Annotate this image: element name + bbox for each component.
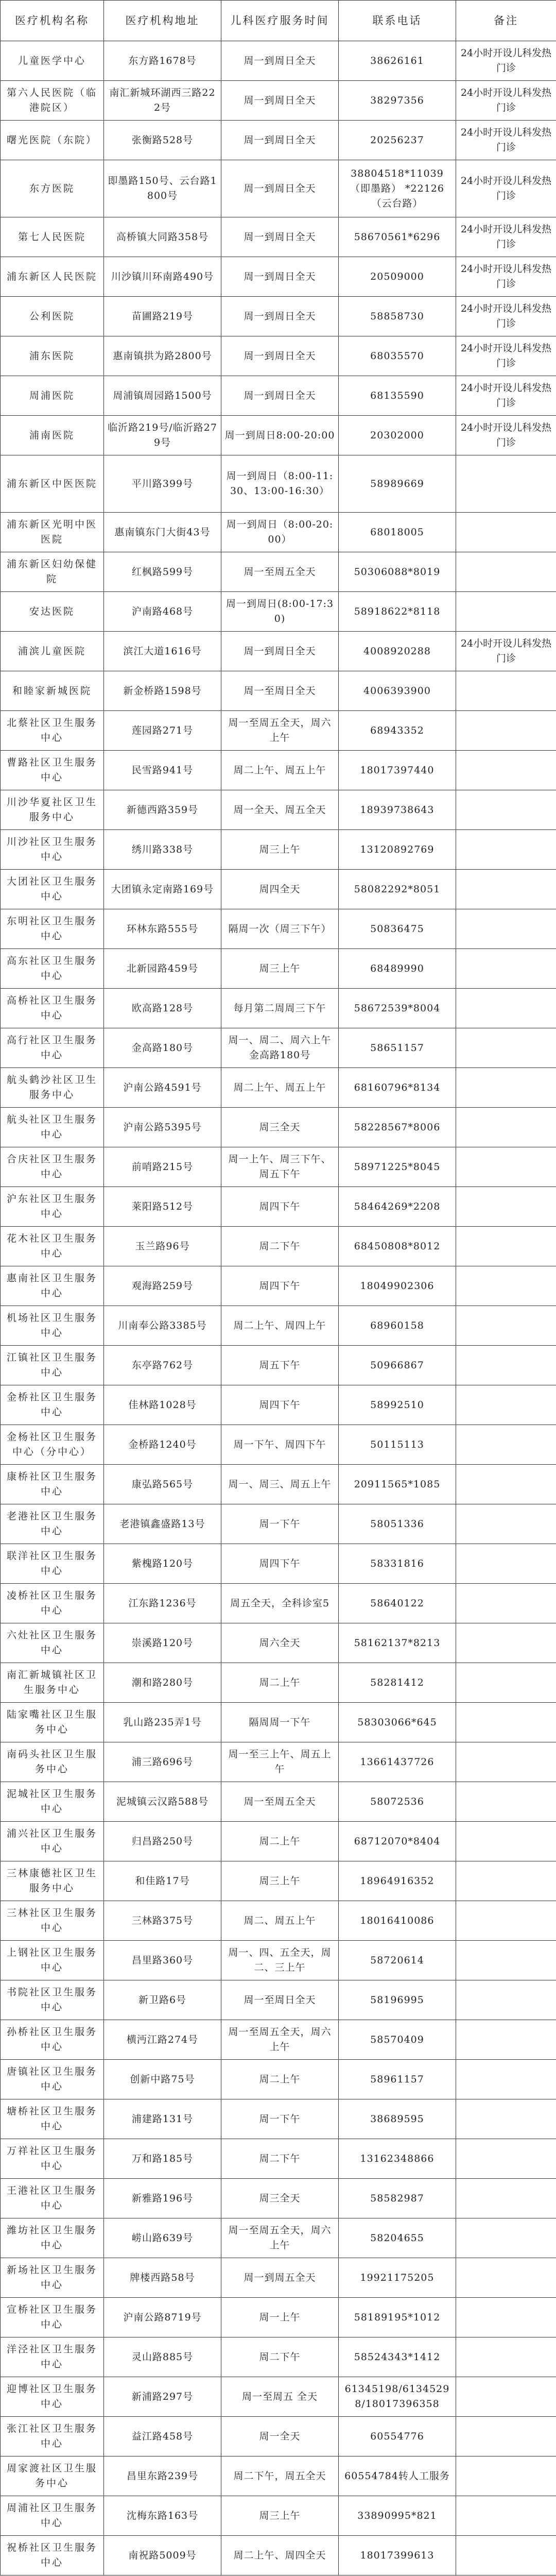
header-institution-name: 医疗机构名称	[1, 1, 104, 41]
service-hours: 周一至周五全天，周六上午	[221, 2218, 339, 2258]
contact-phone: 38689595	[339, 2099, 456, 2139]
service-hours: 隔周一次（周三下午）	[221, 909, 339, 949]
institution-name: 周浦社区卫生服务中心	[1, 2496, 104, 2536]
institution-address: 东方路1678号	[104, 41, 221, 81]
remarks	[456, 2060, 556, 2099]
service-hours: 周一到周日全天	[221, 217, 339, 257]
service-hours: 周二上午、周五上午	[221, 751, 339, 790]
remarks	[456, 2099, 556, 2139]
table-row: 第七人民医院 高桥镇大同路358号 周一到周日全天 58670561*6296 …	[1, 217, 556, 257]
service-hours: 周一至周五全天	[221, 552, 339, 592]
remarks	[456, 1941, 556, 1980]
service-hours: 周二上午	[221, 1663, 339, 1703]
service-hours: 每月第二周周三下午	[221, 989, 339, 1028]
remarks	[456, 870, 556, 909]
service-hours: 周一全天	[221, 2417, 339, 2456]
remarks	[456, 1147, 556, 1187]
header-phone: 联系电话	[339, 1, 456, 41]
service-hours: 周一到周日全天	[221, 160, 339, 217]
service-hours: 隔周周一下午	[221, 1703, 339, 1742]
service-hours: 周一至周五全天，周六上午	[221, 2020, 339, 2060]
service-hours: 周四下午	[221, 1266, 339, 1306]
institution-name: 儿童医学中心	[1, 41, 104, 81]
service-hours: 周一下午	[221, 2099, 339, 2139]
institution-address: 崇溪路120号	[104, 1623, 221, 1663]
service-hours: 周二下午	[221, 2139, 339, 2179]
remarks	[456, 1782, 556, 1822]
service-hours: 周一至周日全天	[221, 1980, 339, 2020]
remarks	[456, 711, 556, 751]
institution-address: 前哨路215号	[104, 1147, 221, 1187]
service-hours: 周一上午、周三下午、周五下午	[221, 1147, 339, 1187]
table-row: 大团社区卫生服务中心 大团镇永定南路169号 周四全天 58082292*805…	[1, 870, 556, 909]
institution-name: 川沙社区卫生服务中心	[1, 830, 104, 870]
institution-address: 即墨路150号、云台路1800号	[104, 160, 221, 217]
table-row: 王港社区卫生服务中心 新雅路196号 周三全天 58582987	[1, 2179, 556, 2218]
institution-name: 陆家嘴社区卫生服务中心	[1, 1703, 104, 1742]
table-row: 浦滨儿童医院 滨江大道1616号 周一到周日全天 4008920288 24小时…	[1, 632, 556, 671]
institution-name: 合庆社区卫生服务中心	[1, 1147, 104, 1187]
institution-address: 惠南镇东门大街43号	[104, 513, 221, 552]
service-hours: 周二上午、周四上午	[221, 1306, 339, 1346]
remarks	[456, 1822, 556, 1861]
table-row: 和睦家新城医院 新金桥路1598号 周一至周日全天 4006393900	[1, 671, 556, 711]
service-hours: 周三上午	[221, 949, 339, 989]
contact-phone: 58072536	[339, 1782, 456, 1822]
institution-address: 南祝路5009号	[104, 2536, 221, 2575]
institution-name: 航头社区卫生服务中心	[1, 1108, 104, 1147]
contact-phone: 68035570	[339, 336, 456, 376]
contact-phone: 58720614	[339, 1941, 456, 1980]
institution-address: 益江路458号	[104, 2417, 221, 2456]
service-hours: 周二、周五上午	[221, 1901, 339, 1941]
table-row: 陆家嘴社区卫生服务中心 乳山路235弄1号 隔周周一下午 58303066*64…	[1, 1703, 556, 1742]
institution-name: 南汇新城镇社区卫生服务中心	[1, 1663, 104, 1703]
table-row: 浦东医院 惠南镇拱为路2800号 周一到周日全天 68035570 24小时开设…	[1, 336, 556, 376]
institution-address: 周浦镇周园路1500号	[104, 376, 221, 416]
remarks	[456, 1425, 556, 1465]
contact-phone: 13162348866	[339, 2139, 456, 2179]
institution-address: 北新园路459号	[104, 949, 221, 989]
remarks	[456, 1266, 556, 1306]
table-row: 联洋社区卫生服务中心 紫槐路120号 周四下午 58331816	[1, 1544, 556, 1584]
remarks	[456, 1703, 556, 1742]
service-hours: 周六全天	[221, 1623, 339, 1663]
institution-name: 洋泾社区卫生服务中心	[1, 2337, 104, 2377]
remarks: 24小时开设儿科发热门诊	[456, 81, 556, 121]
institution-address: 新德西路359号	[104, 790, 221, 830]
remarks	[456, 592, 556, 632]
institution-address: 张衡路528号	[104, 121, 221, 160]
table-row: 曙光医院（东院） 张衡路528号 周一到周日全天 20256237 24小时开设…	[1, 121, 556, 160]
table-row: 浦东新区妇幼保健院 红枫路599号 周一至周五全天 50306088*8019	[1, 552, 556, 592]
contact-phone: 18017399613	[339, 2536, 456, 2575]
table-row: 机场社区卫生服务中心 川南奉公路3385号 周二上午、周四上午 68960158	[1, 1306, 556, 1346]
table-row: 安达医院 沪南路468号 周一到周日(8:00-17:30) 58918622*…	[1, 592, 556, 632]
institution-address: 临沂路219号/临沂路279号	[104, 416, 221, 455]
service-hours: 周一至周日全天	[221, 671, 339, 711]
remarks	[456, 2496, 556, 2536]
remarks: 24小时开设儿科发热门诊	[456, 376, 556, 416]
remarks	[456, 2337, 556, 2377]
table-row: 周浦社区卫生服务中心 沈梅东路163号 周三上午 33890995*821	[1, 2496, 556, 2536]
institution-name: 公利医院	[1, 297, 104, 336]
institution-name: 安达医院	[1, 592, 104, 632]
remarks	[456, 1584, 556, 1623]
table-row: 高东社区卫生服务中心 北新园路459号 周三上午 68489990	[1, 949, 556, 989]
contact-phone: 50966867	[339, 1346, 456, 1385]
contact-phone: 60554784转人工服务	[339, 2456, 456, 2496]
institution-name: 北蔡社区卫生服务中心	[1, 711, 104, 751]
contact-phone: 18017397440	[339, 751, 456, 790]
contact-phone: 13120892769	[339, 830, 456, 870]
institution-address: 崂山路639号	[104, 2218, 221, 2258]
contact-phone: 33890995*821	[339, 2496, 456, 2536]
remarks: 24小时开设儿科发热门诊	[456, 160, 556, 217]
institution-name: 浦滨儿童医院	[1, 632, 104, 671]
service-hours: 周二上午	[221, 1822, 339, 1861]
institution-address: 环林东路555号	[104, 909, 221, 949]
service-hours: 周一到周日全天	[221, 376, 339, 416]
service-hours: 周一上午	[221, 2298, 339, 2337]
contact-phone: 50306088*8019	[339, 552, 456, 592]
institution-address: 莲园路271号	[104, 711, 221, 751]
contact-phone: 58331816	[339, 1544, 456, 1584]
table-row: 周浦医院 周浦镇周园路1500号 周一到周日全天 68135590 24小时开设…	[1, 376, 556, 416]
contact-phone: 38626161	[339, 41, 456, 81]
institution-name: 康桥社区卫生服务中心	[1, 1465, 104, 1504]
institution-address: 观海路259号	[104, 1266, 221, 1306]
remarks	[456, 1504, 556, 1544]
remarks	[456, 1623, 556, 1663]
institution-name: 浦东新区人民医院	[1, 257, 104, 297]
service-hours: 周一到周日(8:00-17:30)	[221, 592, 339, 632]
remarks	[456, 552, 556, 592]
contact-phone: 58570409	[339, 2020, 456, 2060]
institution-address: 昌里路360号	[104, 1941, 221, 1980]
table-row: 上钢社区卫生服务中心 昌里路360号 周一、四、五全天，周二、三上午 58720…	[1, 1941, 556, 1980]
remarks	[456, 1544, 556, 1584]
institution-name: 金桥社区卫生服务中心	[1, 1385, 104, 1425]
institution-address: 沈梅东路163号	[104, 2496, 221, 2536]
table-row: 宣桥社区卫生服务中心 沪南公路8719号 周一上午 58189195*1012	[1, 2298, 556, 2337]
institution-name: 江镇社区卫生服务中心	[1, 1346, 104, 1385]
institution-name: 上钢社区卫生服务中心	[1, 1941, 104, 1980]
contact-phone: 58858730	[339, 297, 456, 336]
table-row: 潍坊社区卫生服务中心 崂山路639号 周一至周五全天，周六上午 58204655	[1, 2218, 556, 2258]
contact-phone: 68018005	[339, 513, 456, 552]
pediatric-services-table: 医疗机构名称 医疗机构地址 儿科医疗服务时间 联系电话 备注 儿童医学中心 东方…	[0, 0, 556, 2575]
institution-address: 沪南公路4591号	[104, 1068, 221, 1108]
service-hours: 周一全天、周五全天	[221, 790, 339, 830]
institution-name: 机场社区卫生服务中心	[1, 1306, 104, 1346]
remarks: 24小时开设儿科发热门诊	[456, 41, 556, 81]
service-hours: 周一到周日（8:00-11:30、13:00-16:30）	[221, 455, 339, 513]
institution-address: 潮和路280号	[104, 1663, 221, 1703]
institution-address: 和佳路17号	[104, 1861, 221, 1901]
institution-name: 万祥社区卫生服务中心	[1, 2139, 104, 2179]
service-hours: 周一下午、周四下午	[221, 1425, 339, 1465]
contact-phone: 18016410086	[339, 1901, 456, 1941]
contact-phone: 58082292*8051	[339, 870, 456, 909]
institution-address: 横沔江路274号	[104, 2020, 221, 2060]
remarks	[456, 2179, 556, 2218]
remarks	[456, 909, 556, 949]
contact-phone: 68489990	[339, 949, 456, 989]
remarks	[456, 790, 556, 830]
institution-name: 泥城社区卫生服务中心	[1, 1782, 104, 1822]
institution-name: 祝桥社区卫生服务中心	[1, 2536, 104, 2575]
header-row: 医疗机构名称 医疗机构地址 儿科医疗服务时间 联系电话 备注	[1, 1, 556, 41]
remarks	[456, 2456, 556, 2496]
remarks	[456, 1227, 556, 1266]
institution-name: 浦东新区中医医院	[1, 455, 104, 513]
institution-address: 浦三路696号	[104, 1742, 221, 1782]
table-row: 浦南医院 临沂路219号/临沂路279号 周一到周日8:00-20:00 203…	[1, 416, 556, 455]
remarks	[456, 1187, 556, 1227]
institution-address: 三林路375号	[104, 1901, 221, 1941]
institution-address: 高桥镇大同路358号	[104, 217, 221, 257]
contact-phone: 18049902306	[339, 1266, 456, 1306]
header-service-hours: 儿科医疗服务时间	[221, 1, 339, 41]
remarks	[456, 989, 556, 1028]
institution-address: 康弘路565号	[104, 1465, 221, 1504]
institution-name: 书院社区卫生服务中心	[1, 1980, 104, 2020]
institution-address: 万和路185号	[104, 2139, 221, 2179]
service-hours: 周二下午	[221, 2337, 339, 2377]
institution-address: 新雅路196号	[104, 2179, 221, 2218]
service-hours: 周一下午	[221, 1504, 339, 1544]
institution-address: 沪南公路8719号	[104, 2298, 221, 2337]
remarks	[456, 2298, 556, 2337]
remarks: 24小时开设儿科发热门诊	[456, 257, 556, 297]
institution-address: 沪南路468号	[104, 592, 221, 632]
institution-name: 塘桥社区卫生服务中心	[1, 2099, 104, 2139]
remarks: 24小时开设儿科发热门诊	[456, 632, 556, 671]
service-hours: 周一到周日全天	[221, 297, 339, 336]
table-row: 孙桥社区卫生服务中心 横沔江路274号 周一至周五全天，周六上午 5857040…	[1, 2020, 556, 2060]
service-hours: 周一、周二、周六上午金高路180号	[221, 1028, 339, 1068]
contact-phone: 68135590	[339, 376, 456, 416]
service-hours: 周一、周三、周五上午	[221, 1465, 339, 1504]
contact-phone: 20302000	[339, 416, 456, 455]
contact-phone: 20256237	[339, 121, 456, 160]
institution-name: 曙光医院（东院）	[1, 121, 104, 160]
table-row: 新场社区卫生服务中心 牌楼西路58号 周一到周五全天 19921175205	[1, 2258, 556, 2298]
institution-address: 乳山路235弄1号	[104, 1703, 221, 1742]
institution-name: 航头鹤沙社区卫生服务中心	[1, 1068, 104, 1108]
table-row: 万祥社区卫生服务中心 万和路185号 周二下午 13162348866	[1, 2139, 556, 2179]
table-row: 曹路社区卫生服务中心 民雪路941号 周二上午、周五上午 18017397440	[1, 751, 556, 790]
institution-address: 南汇新城环湖西三路222号	[104, 81, 221, 121]
institution-address: 惠南镇拱为路2800号	[104, 336, 221, 376]
remarks	[456, 2536, 556, 2575]
remarks	[456, 1663, 556, 1703]
institution-address: 大团镇永定南路169号	[104, 870, 221, 909]
table-row: 张江社区卫生服务中心 益江路458号 周一全天 60554776	[1, 2417, 556, 2456]
table-row: 惠南社区卫生服务中心 观海路259号 周四下午 18049902306	[1, 1266, 556, 1306]
service-hours: 周四下午	[221, 1187, 339, 1227]
remarks	[456, 2258, 556, 2298]
institution-address: 紫槐路120号	[104, 1544, 221, 1584]
table-row: 唐镇社区卫生服务中心 创新中路75号 周二上午 58961157	[1, 2060, 556, 2099]
service-hours: 周三全天	[221, 2179, 339, 2218]
service-hours: 周一到周日8:00-20:00	[221, 416, 339, 455]
institution-name: 新场社区卫生服务中心	[1, 2258, 104, 2298]
institution-address: 泥城镇云汉路588号	[104, 1782, 221, 1822]
institution-address: 老港镇鑫盛路13号	[104, 1504, 221, 1544]
contact-phone: 60554776	[339, 2417, 456, 2456]
institution-address: 欧高路128号	[104, 989, 221, 1028]
contact-phone: 58918622*8118	[339, 592, 456, 632]
service-hours: 周三上午	[221, 830, 339, 870]
contact-phone: 68960158	[339, 1306, 456, 1346]
table-row: 江镇社区卫生服务中心 东亭路762号 周五下午 50966867	[1, 1346, 556, 1385]
contact-phone: 68943352	[339, 711, 456, 751]
table-row: 南汇新城镇社区卫生服务中心 潮和路280号 周二上午 58281412	[1, 1663, 556, 1703]
contact-phone: 58464269*2208	[339, 1187, 456, 1227]
institution-name: 老港社区卫生服务中心	[1, 1504, 104, 1544]
table-row: 东明社区卫生服务中心 环林东路555号 隔周一次（周三下午） 50836475	[1, 909, 556, 949]
remarks: 24小时开设儿科发热门诊	[456, 297, 556, 336]
remarks	[456, 1465, 556, 1504]
contact-phone: 58281412	[339, 1663, 456, 1703]
institution-name: 金杨社区卫生服务中心（分中心）	[1, 1425, 104, 1465]
institution-name: 凌桥社区卫生服务中心	[1, 1584, 104, 1623]
institution-address: 川沙镇川环南路490号	[104, 257, 221, 297]
institution-address: 滨江大道1616号	[104, 632, 221, 671]
table-row: 合庆社区卫生服务中心 前哨路215号 周一上午、周三下午、周五下午 589712…	[1, 1147, 556, 1187]
table-row: 祝桥社区卫生服务中心 南祝路5009号 周二上午、周四全天 1801739961…	[1, 2536, 556, 2575]
institution-name: 唐镇社区卫生服务中心	[1, 2060, 104, 2099]
institution-name: 张江社区卫生服务中心	[1, 2417, 104, 2456]
service-hours: 周二上午、周五上午	[221, 1068, 339, 1108]
contact-phone: 58524343*1412	[339, 2337, 456, 2377]
service-hours: 周五下午	[221, 1346, 339, 1385]
institution-address: 浦建路131号	[104, 2099, 221, 2139]
institution-address: 玉兰路96号	[104, 1227, 221, 1266]
remarks	[456, 830, 556, 870]
table-row: 金桥社区卫生服务中心 佳林路1028号 周四下午 58992510	[1, 1385, 556, 1425]
institution-name: 浦东新区妇幼保健院	[1, 552, 104, 592]
table-row: 泥城社区卫生服务中心 泥城镇云汉路588号 周一至周五全天 58072536	[1, 1782, 556, 1822]
remarks	[456, 1980, 556, 2020]
service-hours: 周一到周日全天	[221, 81, 339, 121]
remarks	[456, 1028, 556, 1068]
service-hours: 周一到周日全天	[221, 632, 339, 671]
remarks	[456, 1861, 556, 1901]
contact-phone: 50836475	[339, 909, 456, 949]
contact-phone: 58189195*1012	[339, 2298, 456, 2337]
table-row: 浦东新区人民医院 川沙镇川环南路490号 周一到周日全天 20509000 24…	[1, 257, 556, 297]
contact-phone: 61345198/61345298/18017396358	[339, 2377, 456, 2417]
institution-address: 新浦路297号	[104, 2377, 221, 2417]
table-row: 第六人民医院（临港院区） 南汇新城环湖西三路222号 周一到周日全天 38297…	[1, 81, 556, 121]
institution-address: 沪南公路5395号	[104, 1108, 221, 1147]
contact-phone: 4008920288	[339, 632, 456, 671]
contact-phone: 58196995	[339, 1980, 456, 2020]
service-hours: 周一到周日全天	[221, 336, 339, 376]
institution-name: 南码头社区卫生服务中心	[1, 1742, 104, 1782]
institution-name: 联洋社区卫生服务中心	[1, 1544, 104, 1584]
table-row: 浦兴社区卫生服务中心 归昌路250号 周二上午 68712070*8404	[1, 1822, 556, 1861]
service-hours: 周二上午、周四全天	[221, 2536, 339, 2575]
institution-name: 高桥社区卫生服务中心	[1, 989, 104, 1028]
table-row: 南码头社区卫生服务中心 浦三路696号 周一至三上午、周五上午 13661437…	[1, 1742, 556, 1782]
table-row: 凌桥社区卫生服务中心 江东路1236号 周五全天，全科诊室5 58640122	[1, 1584, 556, 1623]
institution-name: 浦东医院	[1, 336, 104, 376]
service-hours: 周一到周日全天	[221, 41, 339, 81]
remarks	[456, 1068, 556, 1108]
institution-name: 高东社区卫生服务中心	[1, 949, 104, 989]
contact-phone: 38297356	[339, 81, 456, 121]
contact-phone: 58228567*8006	[339, 1108, 456, 1147]
remarks	[456, 2020, 556, 2060]
table-row: 航头鹤沙社区卫生服务中心 沪南公路4591号 周二上午、周五上午 6816079…	[1, 1068, 556, 1108]
contact-phone: 4006393900	[339, 671, 456, 711]
institution-address: 佳林路1028号	[104, 1385, 221, 1425]
institution-address: 民雪路941号	[104, 751, 221, 790]
institution-name: 川沙华夏社区卫生服务中心	[1, 790, 104, 830]
institution-name: 潍坊社区卫生服务中心	[1, 2218, 104, 2258]
remarks: 24小时开设儿科发热门诊	[456, 336, 556, 376]
remarks	[456, 1385, 556, 1425]
remarks	[456, 513, 556, 552]
contact-phone: 58051336	[339, 1504, 456, 1544]
service-hours: 周三全天	[221, 1108, 339, 1147]
contact-phone: 19921175205	[339, 2258, 456, 2298]
institution-address: 金桥路1240号	[104, 1425, 221, 1465]
service-hours: 周二下午	[221, 1227, 339, 1266]
table-row: 儿童医学中心 东方路1678号 周一到周日全天 38626161 24小时开设儿…	[1, 41, 556, 81]
service-hours: 周五全天，全科诊室5	[221, 1584, 339, 1623]
remarks	[456, 2139, 556, 2179]
table-row: 六灶社区卫生服务中心 崇溪路120号 周六全天 58162137*8213	[1, 1623, 556, 1663]
table-row: 老港社区卫生服务中心 老港镇鑫盛路13号 周一下午 58051336	[1, 1504, 556, 1544]
institution-name: 东方医院	[1, 160, 104, 217]
contact-phone: 18964916352	[339, 1861, 456, 1901]
table-row: 迎博社区卫生服务中心 新浦路297号 周一至周五 全天 61345198/613…	[1, 2377, 556, 2417]
institution-name: 花木社区卫生服务中心	[1, 1227, 104, 1266]
remarks	[456, 949, 556, 989]
contact-phone: 58992510	[339, 1385, 456, 1425]
institution-address: 川南奉公路3385号	[104, 1306, 221, 1346]
service-hours: 周一至周五全天，周六上午	[221, 711, 339, 751]
remarks	[456, 1346, 556, 1385]
table-row: 三林康德社区卫生服务中心 和佳路17号 周三上午 18964916352	[1, 1861, 556, 1901]
institution-address: 东亭路762号	[104, 1346, 221, 1385]
table-row: 沪东社区卫生服务中心 莱阳路512号 周四下午 58464269*2208	[1, 1187, 556, 1227]
institution-address: 红枫路599号	[104, 552, 221, 592]
institution-address: 归昌路250号	[104, 1822, 221, 1861]
service-hours: 周四下午	[221, 1385, 339, 1425]
contact-phone: 58204655	[339, 2218, 456, 2258]
contact-phone: 58961157	[339, 2060, 456, 2099]
institution-name: 六灶社区卫生服务中心	[1, 1623, 104, 1663]
remarks: 24小时开设儿科发热门诊	[456, 121, 556, 160]
contact-phone: 58162137*8213	[339, 1623, 456, 1663]
contact-phone: 68712070*8404	[339, 1822, 456, 1861]
institution-name: 惠南社区卫生服务中心	[1, 1266, 104, 1306]
table-body: 儿童医学中心 东方路1678号 周一到周日全天 38626161 24小时开设儿…	[1, 41, 556, 2575]
contact-phone: 20911565*1085	[339, 1465, 456, 1504]
contact-phone: 68160796*8134	[339, 1068, 456, 1108]
contact-phone: 58651157	[339, 1028, 456, 1068]
header-remarks: 备注	[456, 1, 556, 41]
institution-name: 三林社区卫生服务中心	[1, 1901, 104, 1941]
table-row: 浦东新区光明中医医院 惠南镇东门大街43号 周一到周日（8:00-20:00） …	[1, 513, 556, 552]
remarks	[456, 2377, 556, 2417]
